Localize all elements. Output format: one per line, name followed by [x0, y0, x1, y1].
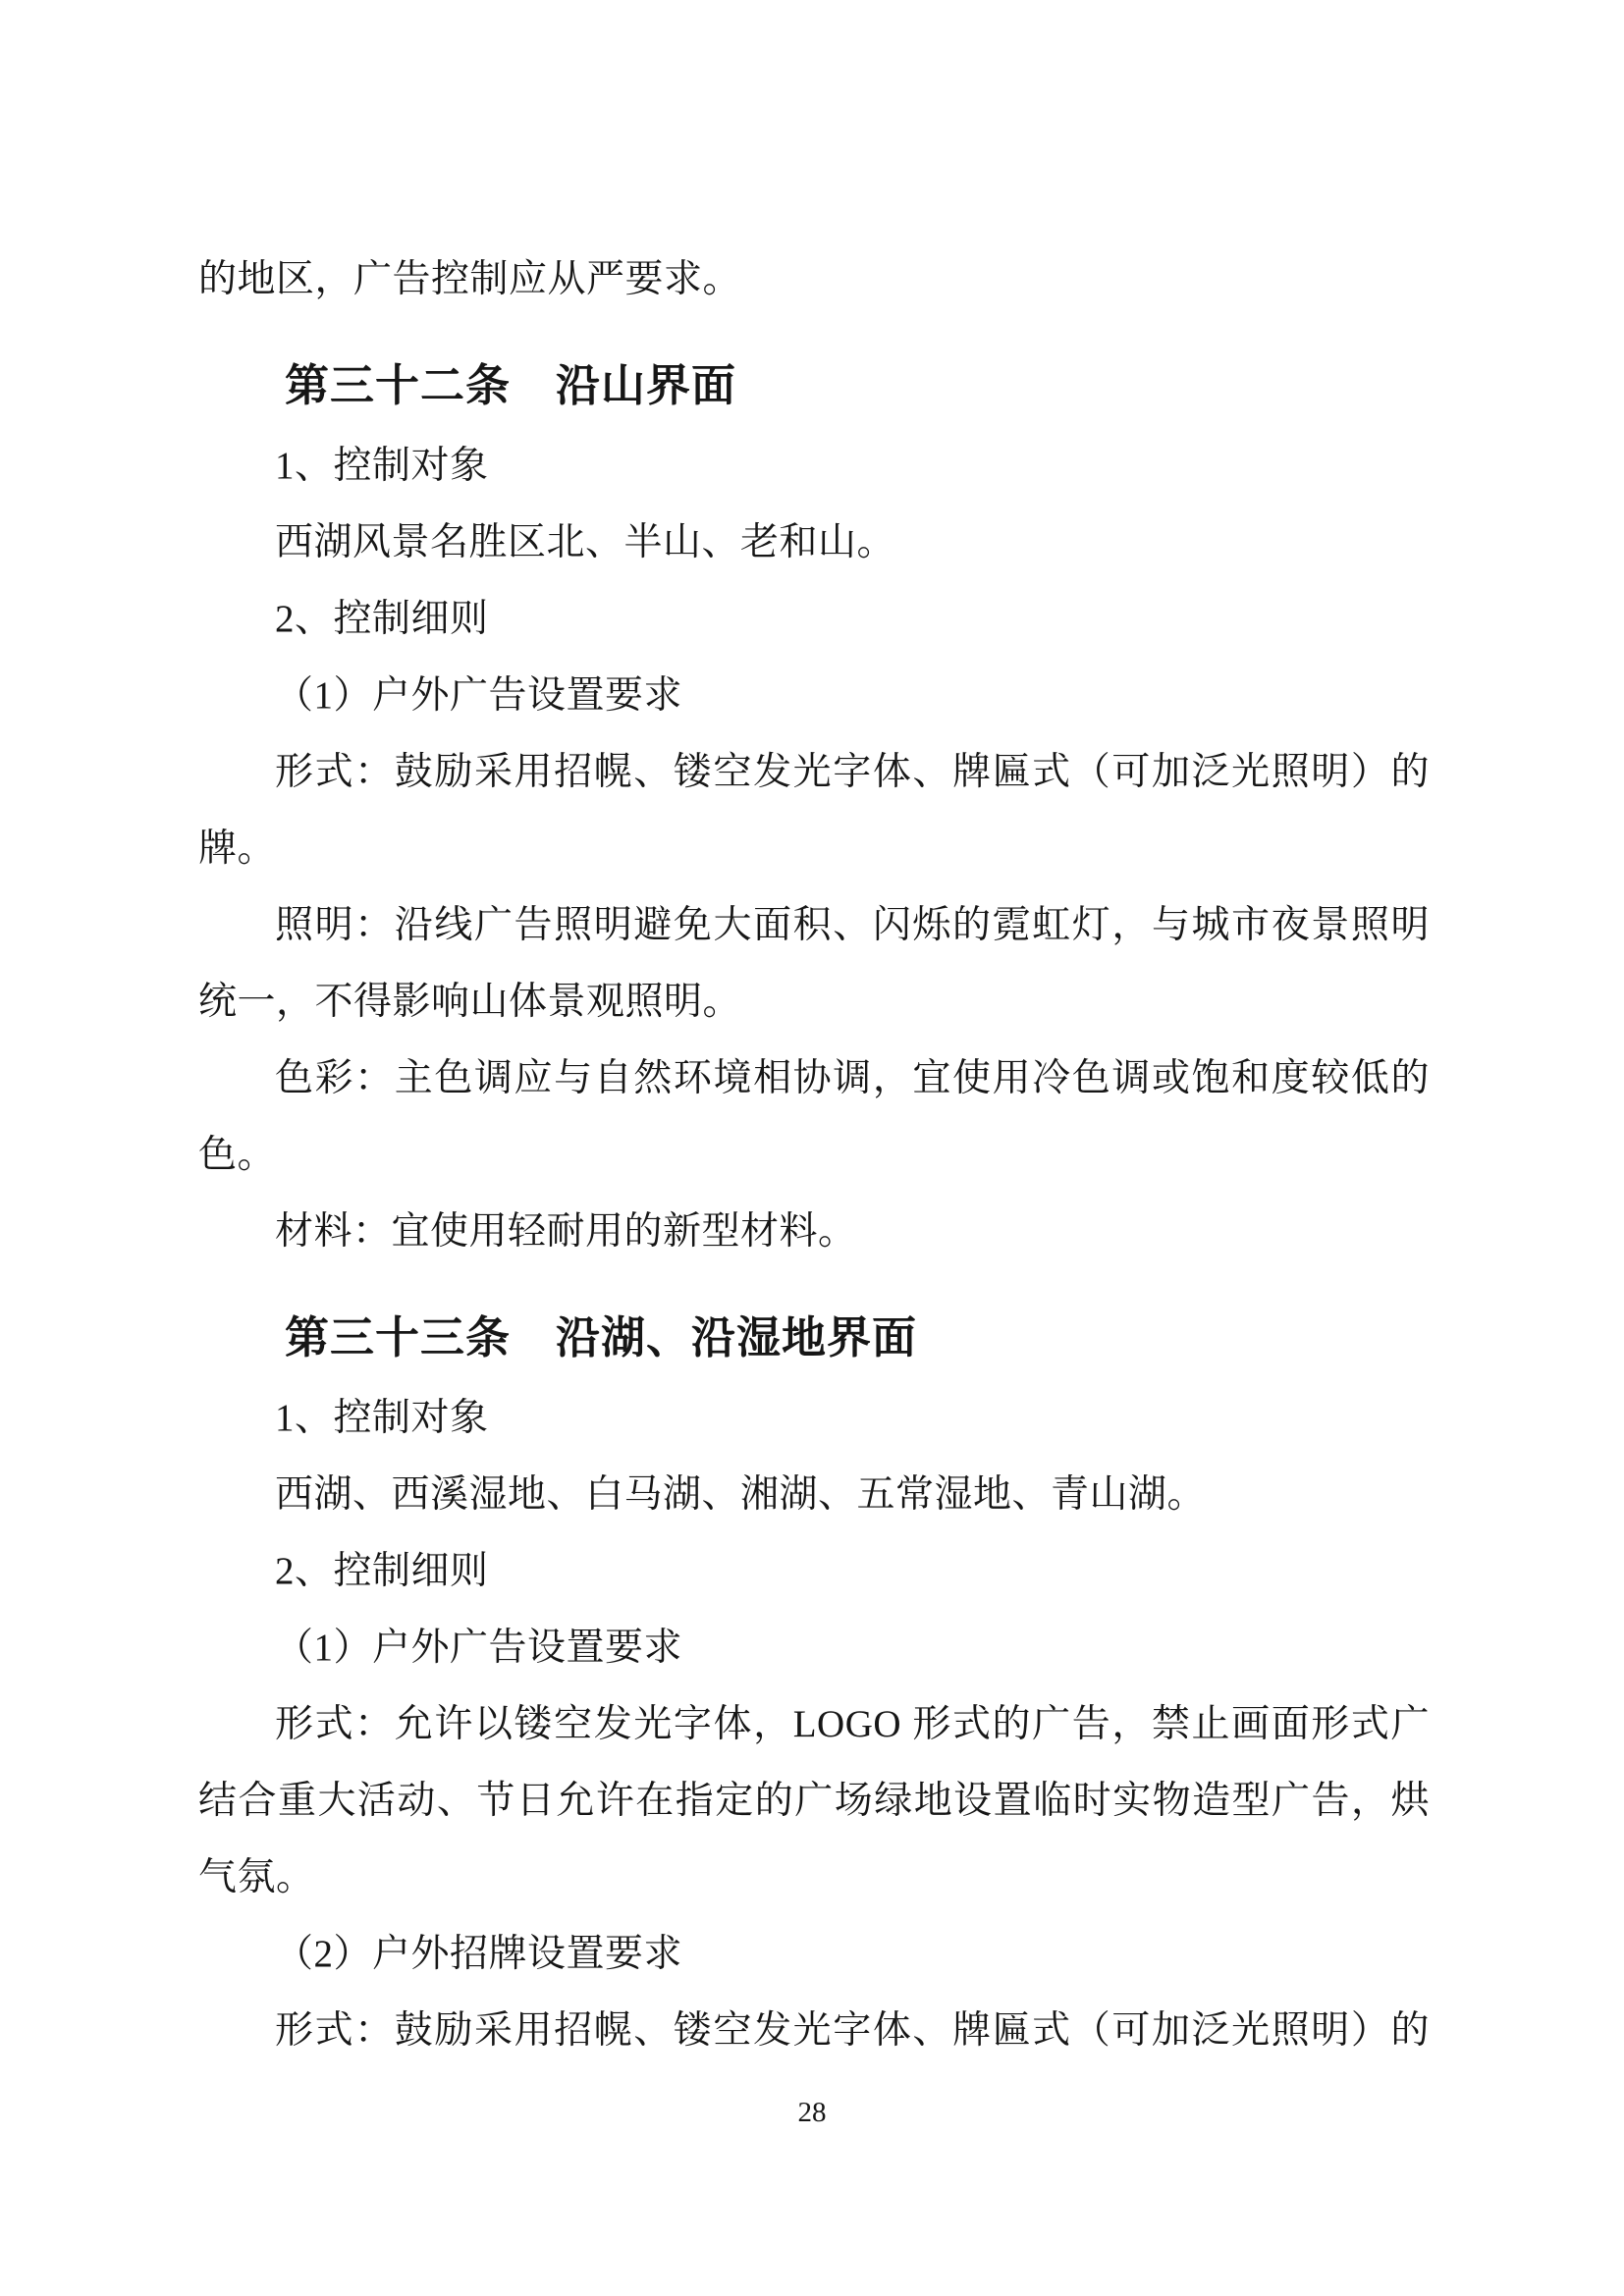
text-line: 形式：鼓励采用招幌、镂空发光字体、牌匾式（可加泛光照明）的招 [198, 1993, 1430, 2069]
text-line: 材料：宜使用轻耐用的新型材料。 [198, 1194, 1430, 1270]
text-line: 形式：鼓励采用招幌、镂空发光字体、牌匾式（可加泛光照明）的招 [198, 734, 1430, 811]
document-page: 的地区，广告控制应从严要求。第三十二条 沿山界面1、控制对象西湖风景名胜区北、半… [0, 0, 1624, 2296]
text-line: 色彩：主色调应与自然环境相协调，宜使用冷色调或饱和度较低的颜 [198, 1041, 1430, 1117]
document-body: 的地区，广告控制应从严要求。第三十二条 沿山界面1、控制对象西湖风景名胜区北、半… [198, 241, 1430, 2069]
text-line: 照明：沿线广告照明避免大面积、闪烁的霓虹灯，与城市夜景照明相 [198, 887, 1430, 964]
text-line: 1、控制对象 [198, 428, 1430, 505]
text-line: （1）户外广告设置要求 [198, 658, 1430, 734]
text-line: （2）户外招牌设置要求 [198, 1916, 1430, 1993]
text-line: 结合重大活动、节日允许在指定的广场绿地设置临时实物造型广告，烘托 [198, 1763, 1430, 1840]
section-heading: 第三十二条 沿山界面 [198, 344, 1430, 428]
text-line: 1、控制对象 [198, 1380, 1430, 1457]
text-line: 形式：允许以镂空发光字体，LOGO 形式的广告，禁止画面形式广告。 [198, 1686, 1430, 1763]
text-line: 2、控制细则 [198, 581, 1430, 658]
text-line: 西湖、西溪湿地、白马湖、湘湖、五常湿地、青山湖。 [198, 1457, 1430, 1533]
text-line: （1）户外广告设置要求 [198, 1610, 1430, 1686]
text-line: 2、控制细则 [198, 1533, 1430, 1610]
page-number: 28 [0, 2093, 1624, 2132]
text-line: 牌。 [198, 811, 1430, 887]
text-line: 西湖风景名胜区北、半山、老和山。 [198, 505, 1430, 581]
text-line: 色。 [198, 1117, 1430, 1194]
text-line: 统一，不得影响山体景观照明。 [198, 964, 1430, 1041]
text-line: 气氛。 [198, 1840, 1430, 1916]
text-line: 的地区，广告控制应从严要求。 [198, 241, 1430, 318]
section-heading: 第三十三条 沿湖、沿湿地界面 [198, 1296, 1430, 1380]
